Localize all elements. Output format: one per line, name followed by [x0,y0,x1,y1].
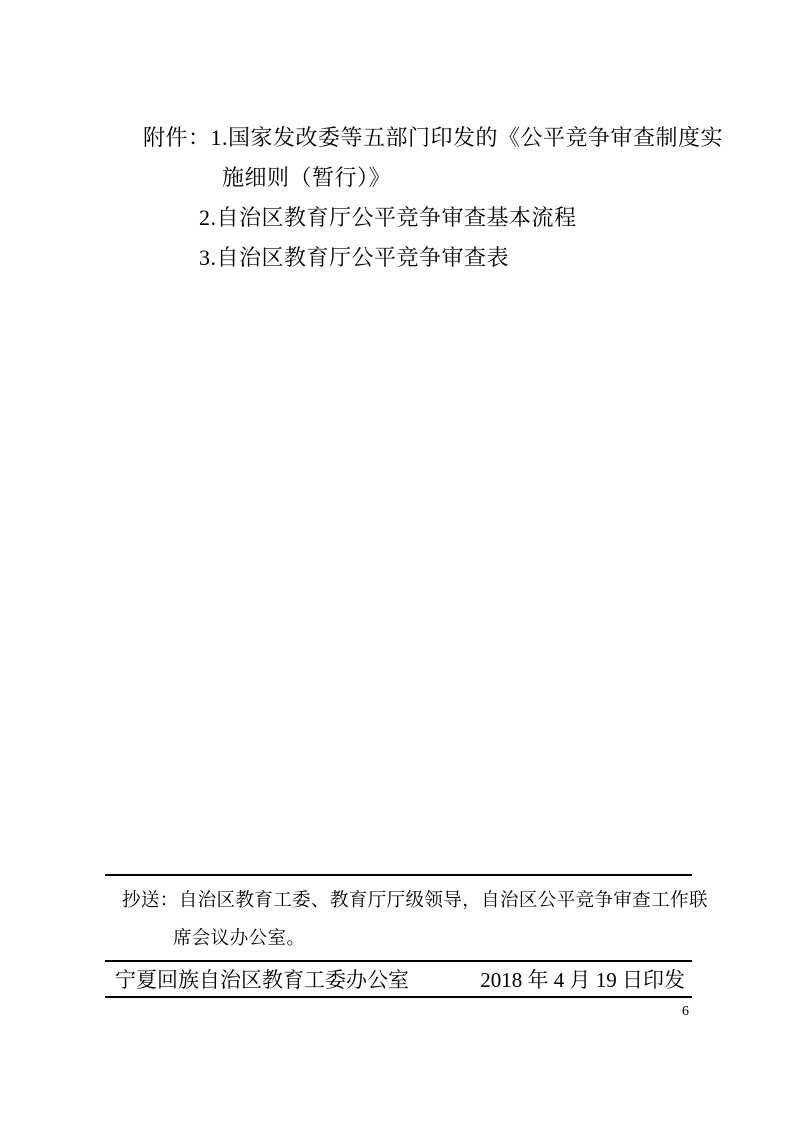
attachment-line-2: 2.自治区教育厅公平竞争审查基本流程 [143,198,703,238]
footer-divider-bottom [105,996,692,998]
attachment-line-1: 附件：1.国家发改委等五部门印发的《公平竞争审查制度实 [143,118,703,158]
attachment-line-1-continuation: 施细则（暂行）》 [143,158,703,198]
footer-divider-top [105,874,692,876]
cc-line-1: 抄送：自治区教育工委、教育厅厅级领导，自治区公平竞争审查工作联 [122,882,707,920]
issuing-office: 宁夏回族自治区教育工委办公室 [115,964,409,994]
document-page: 附件：1.国家发改委等五部门印发的《公平竞争审查制度实 施细则（暂行）》 2.自… [0,0,793,1122]
attachment-line-3: 3.自治区教育厅公平竞争审查表 [143,238,703,278]
print-date: 2018 年 4 月 19 日印发 [480,964,685,994]
attachment-list: 附件：1.国家发改委等五部门印发的《公平竞争审查制度实 施细则（暂行）》 2.自… [143,118,703,278]
issuer-row: 宁夏回族自治区教育工委办公室 2018 年 4 月 19 日印发 [115,962,685,996]
cc-line-2: 席会议办公室。 [122,920,707,958]
cc-note: 抄送：自治区教育工委、教育厅厅级领导，自治区公平竞争审查工作联 席会议办公室。 [122,882,707,958]
page-number: 6 [682,1004,689,1020]
